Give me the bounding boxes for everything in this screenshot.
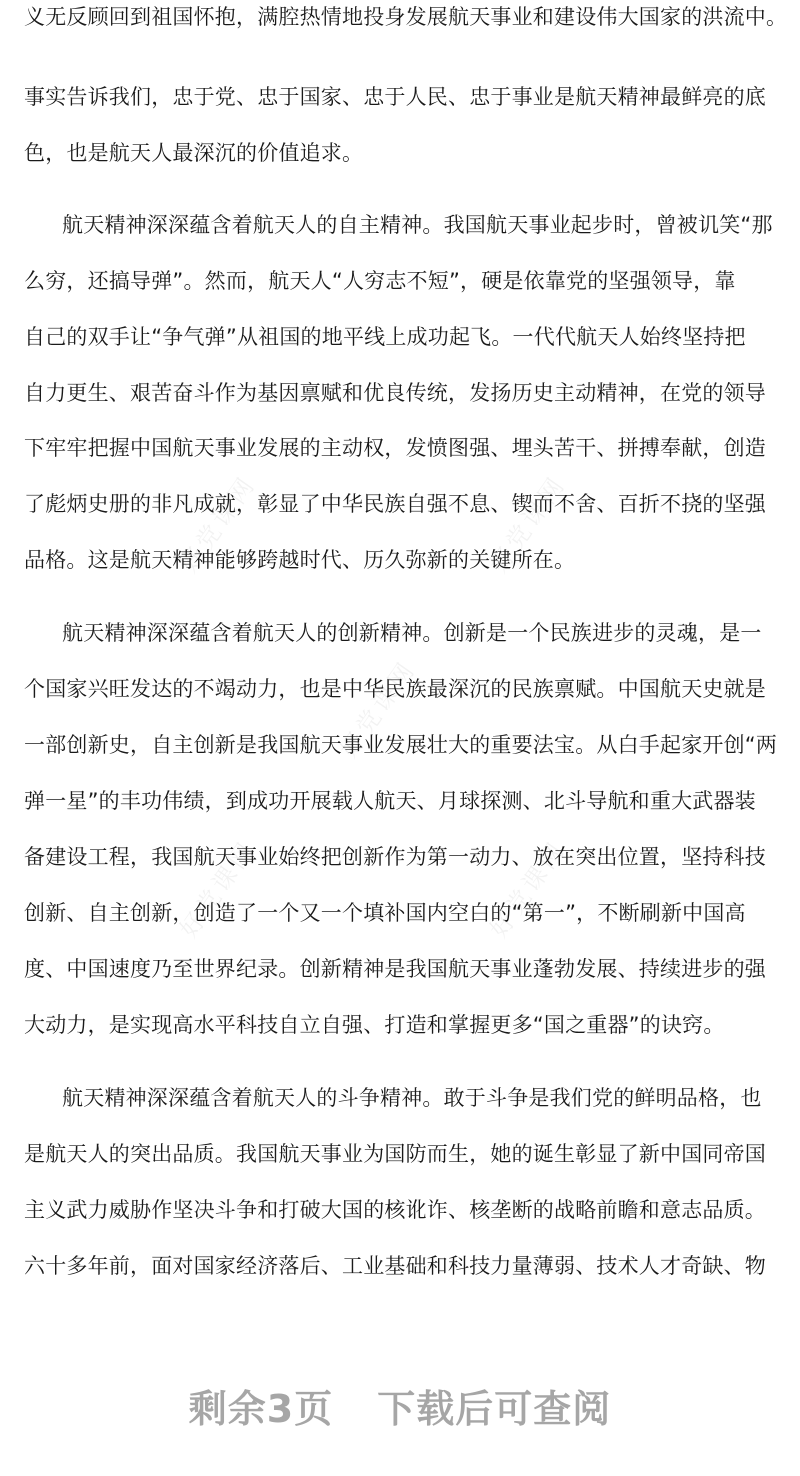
text-line: 六十多年前，面对国家经济落后、工业基础和科技力量薄弱、技术人才奇缺、物 — [24, 1251, 766, 1281]
text-line: 事实告诉我们，忠于党、忠于国家、忠于人民、忠于事业是航天精神最鲜亮的底 — [24, 82, 766, 112]
text-line: 品格。这是航天精神能够跨越时代、历久弥新的关键所在。 — [24, 545, 575, 575]
text-line: 备建设工程，我国航天事业始终把创新作为第一动力、放在突出位置，坚持科技 — [24, 842, 766, 872]
download-to-read-more-banner[interactable]: 剩余3页下载后可查阅 — [0, 1378, 800, 1433]
text-line: 色，也是航天人最深沉的价值追求。 — [24, 138, 363, 168]
text-line: 了彪炳史册的非凡成就，彰显了中华民族自强不息、锲而不舍、百折不挠的坚强 — [24, 489, 766, 519]
text-line: 度、中国速度乃至世界纪录。创新精神是我国航天事业蓬勃发展、持续进步的强 — [24, 954, 766, 984]
text-line: 个国家兴旺发达的不竭动力，也是中华民族最深沉的民族禀赋。中国航天史就是 — [24, 674, 766, 704]
text-line: 是航天人的突出品质。我国航天事业为国防而生，她的诞生彰显了新中国同帝国 — [24, 1139, 766, 1169]
text-line: 主义武力威胁作坚决斗争和打破大国的核讹诈、核垄断的战略前瞻和意志品质。 — [24, 1195, 766, 1225]
text-line: 义无反顾回到祖国怀抱，满腔热情地投身发展航天事业和建设伟大国家的洪流中。 — [24, 2, 787, 32]
text-line: 一部创新史，自主创新是我国航天事业发展壮大的重要法宝。从白手起家开创“两 — [24, 730, 777, 760]
remaining-pages-label[interactable]: 剩余3页 — [189, 1378, 333, 1433]
paragraph-start-line: 航天精神深深蕴含着航天人的创新精神。创新是一个民族进步的灵魂，是一 — [62, 618, 762, 648]
text-line: 自己的双手让“争气弹”从祖国的地平线上成功起飞。一代代航天人始终坚持把 — [24, 322, 746, 352]
text-line: 么穷，还搞导弹”。然而，航天人“人穷志不短”，硬是依靠党的坚强领导，靠 — [24, 266, 736, 296]
paragraph-start-line: 航天精神深深蕴含着航天人的斗争精神。敢于斗争是我们党的鲜明品格，也 — [62, 1083, 762, 1113]
text-line: 创新、自主创新，创造了一个又一个填补国内空白的“第一”，不断刷新中国高 — [24, 898, 746, 928]
text-line: 下牢牢把握中国航天事业发展的主动权，发愤图强、埋头苦干、拼搏奉献，创造 — [24, 433, 766, 463]
download-to-view-label[interactable]: 下载后可查阅 — [377, 1378, 611, 1433]
paragraph-start-line: 航天精神深深蕴含着航天人的自主精神。我国航天事业起步时，曾被讥笑“那 — [62, 210, 773, 240]
text-line: 大动力，是实现高水平科技自立自强、打造和掌握更多“国之重器”的诀窍。 — [24, 1010, 725, 1040]
text-line: 弹一星”的丰功伟绩，到成功开展载人航天、月球探测、北斗导航和重大武器装 — [24, 786, 756, 816]
text-line: 自力更生、艰苦奋斗作为基因禀赋和优良传统，发扬历史主动精神，在党的领导 — [24, 378, 766, 408]
